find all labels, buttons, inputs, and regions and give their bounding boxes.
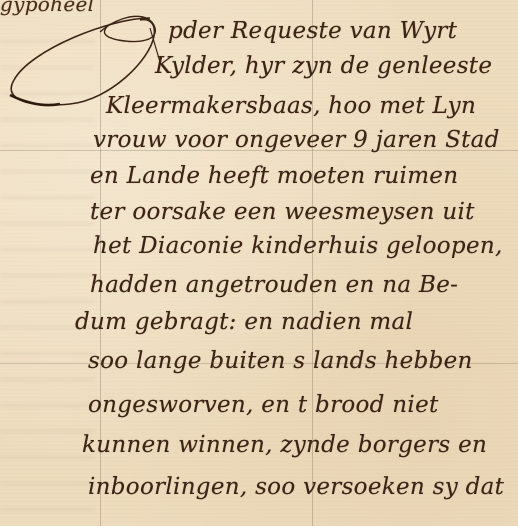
- manuscript-line-9: dum gebragt: en nadien mal: [75, 309, 413, 335]
- manuscript-line-5: en Lande heeft moeten ruimen: [90, 163, 458, 189]
- manuscript-line-2: Kylder, hyr zyn de genleeste: [155, 53, 492, 79]
- manuscript-line-4: vrouw voor ongeveer 9 jaren Stad: [93, 127, 500, 153]
- manuscript-line-10: soo lange buiten s lands hebben: [88, 348, 473, 374]
- header-fragment: gypoheel: [0, 0, 94, 16]
- manuscript-line-6: ter oorsake een weesmeysen uit: [90, 199, 475, 225]
- manuscript-line-12: kunnen winnen, zynde borgers en: [82, 432, 487, 458]
- manuscript-line-11: ongesworven, en t brood niet: [88, 392, 439, 418]
- manuscript-line-8: hadden angetrouden en na Be-: [90, 272, 458, 298]
- manuscript-line-13: inboorlingen, soo versoeken sy dat: [88, 474, 504, 500]
- manuscript-page: gypoheel pder Requeste van Wyrt Kylder, …: [0, 0, 518, 526]
- manuscript-line-7: het Diaconie kinderhuis geloopen,: [93, 233, 503, 259]
- manuscript-line-1: pder Requeste van Wyrt: [168, 18, 457, 44]
- manuscript-line-3: Kleermakersbaas, hoo met Lyn: [106, 93, 476, 119]
